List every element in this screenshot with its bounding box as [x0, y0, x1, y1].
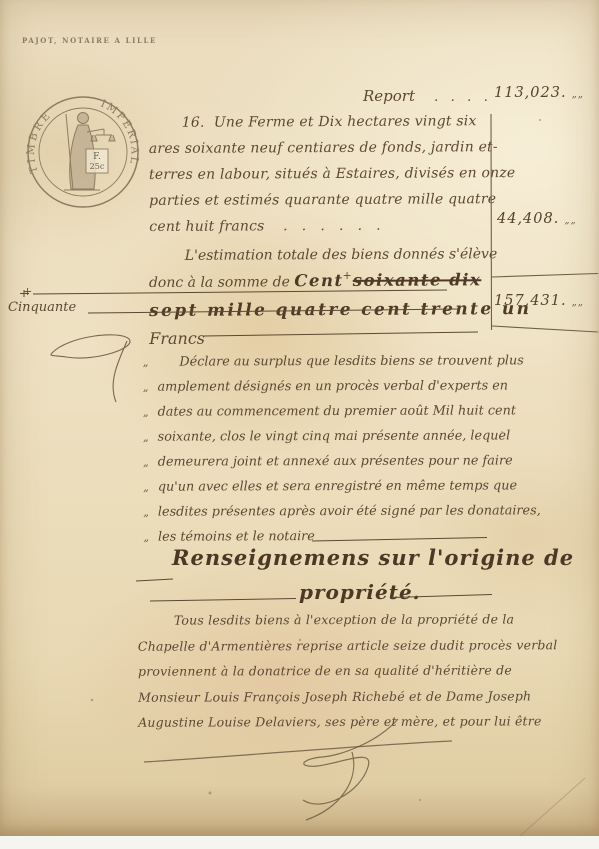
line-quote-mark: „: [143, 506, 149, 519]
section-heading-line1: Renseignemens sur l'origine de: [172, 545, 574, 570]
handwritten-line: „Déclare au surplus que lesdits biens se…: [143, 348, 541, 374]
handwritten-line: Chapelle d'Armentières reprise article s…: [138, 632, 558, 659]
farm-amount: 44,408.„„: [497, 211, 577, 227]
line-text: Déclare au surplus que lesdits biens se …: [157, 353, 523, 369]
line-quote-mark: „: [143, 381, 149, 394]
handwritten-line: „dates au commencement du premier août M…: [143, 398, 541, 424]
line-quote-mark: „: [143, 531, 149, 544]
line-quote-mark: „: [143, 356, 149, 369]
section-heading-line2: propriété.: [299, 580, 421, 604]
handwritten-line: parties et estimés quarante quatre mille…: [149, 186, 516, 214]
handwritten-line: ares soixante neuf centiares de fonds, j…: [149, 134, 516, 162]
paragraph-designation: „Déclare au surplus que lesdits biens se…: [143, 348, 541, 549]
line-quote-mark: „: [143, 406, 149, 419]
amount-word-kept: Cent: [294, 271, 343, 290]
line-text: qu'un avec elles et sera enregistré en m…: [158, 478, 517, 494]
line-quote-mark: „: [143, 456, 149, 469]
total-amount-cents: „„: [572, 297, 584, 308]
notary-office-header: PAJOT, NOTAIRE A LILLE: [22, 36, 157, 45]
handwritten-line: 16. Une Ferme et Dix hectares vingt six: [149, 108, 516, 136]
report-amount-value: 113,023.: [494, 85, 567, 101]
handwritten-line: sept mille quatre cent trente un: [149, 295, 531, 325]
stamp-denomination: F. 25c: [86, 149, 108, 173]
stamp-denom-bottom: 25c: [90, 162, 105, 171]
handwritten-line: terres en labour, situés à Estaires, div…: [149, 160, 516, 188]
paragraph-origin: Tous lesdits biens à l'exception de la p…: [138, 606, 558, 735]
margin-insertion-cross: +: [23, 285, 32, 298]
handwritten-line: „qu'un avec elles et sera enregistré en …: [143, 473, 541, 499]
report-label: Report: [363, 87, 415, 105]
report-amount: 113,023.„„: [494, 85, 584, 101]
handwritten-line-with-correction: donc à la somme de Cent+soixante dix: [149, 267, 531, 297]
line-text: les témoins et le notaire: [158, 529, 315, 545]
report-dotted-leader: . . . .: [434, 90, 488, 105]
total-amount: 157,431.„„: [494, 293, 584, 309]
line-quote-mark: „: [143, 431, 149, 444]
handwritten-line: „soixante, clos le vingt cinq mai présen…: [143, 423, 541, 449]
handwritten-line: proviennent à la donatrice de en sa qual…: [138, 657, 558, 684]
handwritten-line: „demeurera joint et annexé aux présentes…: [143, 448, 541, 474]
line-text: dates au commencement du premier août Mi…: [158, 403, 516, 419]
handwritten-line: Tous lesdits biens à l'exception de la p…: [138, 606, 558, 633]
stamp-denom-top: F.: [93, 152, 101, 162]
scan-background-strip: [0, 836, 599, 849]
handwritten-line: „amplement désignés en un procès verbal …: [143, 373, 541, 399]
handwritten-line: Augustine Louise Delaviers, ses père et …: [138, 709, 558, 736]
line-text: amplement désignés en un procès verbal d…: [157, 378, 508, 394]
farm-amount-value: 44,408.: [497, 211, 559, 227]
scanned-notarial-document: { "colors": { "paper": "#ecdfc0", "paper…: [0, 0, 599, 849]
total-amount-value: 157,431.: [494, 293, 567, 309]
timbre-imperial-stamp: TIMBRE IMPERIAL F. 25c: [24, 92, 142, 212]
line-text: lesdites présentes après avoir été signé…: [158, 503, 541, 519]
insertion-caret: +: [342, 269, 351, 282]
handwritten-line: L'estimation totale des biens donnés s'é…: [149, 242, 531, 269]
line-quote-mark: „: [143, 481, 149, 494]
struck-through-words: soixante dix: [353, 270, 482, 290]
line-text: demeurera joint et annexé aux présentes …: [158, 453, 513, 469]
handwritten-line: Monsieur Louis François Joseph Richebé e…: [138, 683, 558, 710]
handwritten-line: „lesdites présentes après avoir été sign…: [143, 498, 541, 524]
paragraph-total-estimation: L'estimation totale des biens donnés s'é…: [149, 242, 532, 352]
farm-amount-cents: „„: [564, 215, 576, 226]
report-amount-cents: „„: [572, 89, 584, 100]
line-prefix: donc à la somme de: [149, 274, 294, 291]
line-text: soixante, clos le vingt cinq mai présent…: [158, 428, 511, 444]
report-row: Report . . . .: [363, 86, 488, 105]
margin-correction-word: Cinquante: [8, 300, 76, 315]
handwritten-line: cent huit francs . . . . . .: [149, 212, 516, 240]
paragraph-farm-description: 16. Une Ferme et Dix hectares vingt six …: [149, 108, 516, 240]
